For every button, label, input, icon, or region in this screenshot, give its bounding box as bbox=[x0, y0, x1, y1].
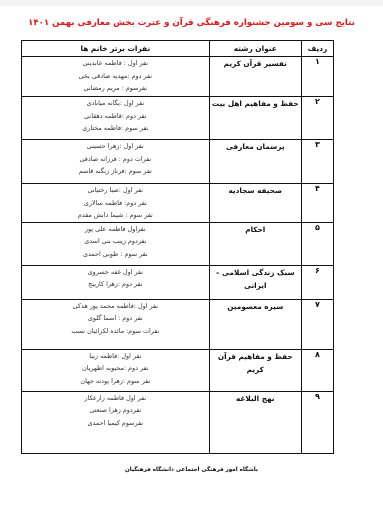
winner-second: نفر دوم :مهدیه صادقی بخی bbox=[22, 70, 209, 83]
field-title: حفظ و مفاهیم اهل بیت bbox=[209, 97, 301, 140]
field-title: حفظ و مفاهیم قرآن کریم bbox=[209, 349, 301, 391]
winners-cell: نفر اول غفه خسروی نفر دوم :زهرا کاریبج bbox=[22, 265, 210, 299]
table-row: ۳ پرسمان معارفی نفر اول :زهرا حسینی نفرا… bbox=[22, 140, 334, 184]
row-number: ۸ bbox=[301, 349, 333, 391]
winner-third: نفر سوم : شیما دانش مقدم bbox=[22, 209, 209, 222]
winners-cell: نفراول فاطمه علی پور نفردوم زینب بنی اسد… bbox=[22, 222, 210, 265]
winners-cell: نفر اول :صبا رختیانی نفر دوم: فاطمه سالا… bbox=[22, 184, 210, 223]
row-number: ۹ bbox=[301, 391, 333, 453]
field-title: نهج البلاغه bbox=[209, 391, 301, 453]
winner-third: نفرات سوم: مائده لکزائیان نسب bbox=[22, 325, 209, 338]
header-row-number: ردیف bbox=[301, 41, 333, 57]
winners-cell: نفر اول :یگانه میابادی نفر دوم :فاطمه ده… bbox=[22, 97, 210, 140]
winner-second: نفر دوم: فاطمه سالاری bbox=[22, 197, 209, 210]
table-row: ۴ صحیفه سجادیه نفر اول :صبا رختیانی نفر … bbox=[22, 184, 334, 223]
winner-first: نفر اول غفه خسروی bbox=[22, 266, 209, 279]
table-row: ۱ تفسیر قرآن کریم نفر اول : فاطمه عابدین… bbox=[22, 57, 334, 97]
table-row: ۲ حفظ و مفاهیم اهل بیت نفر اول :یگانه می… bbox=[22, 97, 334, 140]
table-row: ۸ حفظ و مفاهیم قرآن کریم نفر اول :فاطمه … bbox=[22, 349, 334, 391]
top-edge-shade bbox=[0, 0, 383, 6]
results-table: ردیف عنوان رشته نفرات برتر خانم ها ۱ تفس… bbox=[21, 40, 334, 454]
winner-first: نفراول فاطمه علی پور bbox=[22, 223, 209, 236]
header-winners: نفرات برتر خانم ها bbox=[22, 41, 210, 57]
winner-second: نفردوم زینب بنی اسدی bbox=[22, 235, 209, 248]
winner-second: نفر دوم :زهرا کاریبج bbox=[22, 278, 209, 291]
table-row: ۵ احکام نفراول فاطمه علی پور نفردوم زینب… bbox=[22, 222, 334, 265]
winners-cell: نفر اول فاطمه زارعکار نفردوم زهرا صنعتی … bbox=[22, 391, 210, 453]
winner-second: نفر دوم :فاطمه دهقانی bbox=[22, 110, 209, 123]
table-row: ۶ سبک زندگی اسلامی – ایرانی نفر اول غفه … bbox=[22, 265, 334, 299]
row-number: ۴ bbox=[301, 184, 333, 223]
row-number: ۷ bbox=[301, 299, 333, 349]
row-number: ۳ bbox=[301, 140, 333, 184]
row-number: ۵ bbox=[301, 222, 333, 265]
winner-second: نفرات دوم : فرزانه صادقی bbox=[22, 153, 209, 166]
winner-first: نفر اول :یگانه میابادی bbox=[22, 97, 209, 110]
winner-second: نفر دوم :محبوبه اطهریان bbox=[22, 362, 209, 375]
row-number: ۲ bbox=[301, 97, 333, 140]
winner-second: نفر دوم : اسما گلوی bbox=[22, 312, 209, 325]
winner-third: نفر سوم :زهرا پودنه جهان bbox=[22, 375, 209, 388]
winner-third: نفرسوم کیمیا احمدی bbox=[22, 417, 209, 430]
winners-cell: نفر اول : فاطمه عابدینی نفر دوم :مهدیه ص… bbox=[22, 57, 210, 97]
winner-third: نفرسوم : مریم رمضانی bbox=[22, 82, 209, 95]
field-title: سبک زندگی اسلامی – ایرانی bbox=[209, 265, 301, 299]
header-field: عنوان رشته bbox=[209, 41, 301, 57]
winner-first: نفر اول فاطمه زارعکار bbox=[22, 392, 209, 405]
field-title: صحیفه سجادیه bbox=[209, 184, 301, 223]
field-title: احکام bbox=[209, 222, 301, 265]
winner-first: نفر اول :فاطمه محمد پور هدکی bbox=[22, 300, 209, 313]
winner-first: نفر اول :صبا رختیانی bbox=[22, 184, 209, 197]
field-title: سیره معصومین bbox=[209, 299, 301, 349]
footer-organization: باشگاه امور فرهنگی اجتماعی دانشگاه فرهنگ… bbox=[0, 467, 383, 473]
table-row: ۷ سیره معصومین نفر اول :فاطمه محمد پور ه… bbox=[22, 299, 334, 349]
winner-third: نفر سوم :فاطمه مختاری bbox=[22, 122, 209, 135]
field-title: پرسمان معارفی bbox=[209, 140, 301, 184]
winner-first: نفر اول : فاطمه عابدینی bbox=[22, 57, 209, 70]
row-number: ۶ bbox=[301, 265, 333, 299]
winners-cell: نفر اول :فاطمه محمد پور هدکی نفر دوم : ا… bbox=[22, 299, 210, 349]
winners-cell: نفر اول :زهرا حسینی نفرات دوم : فرزانه ص… bbox=[22, 140, 210, 184]
table-header-row: ردیف عنوان رشته نفرات برتر خانم ها bbox=[22, 41, 334, 57]
field-title: تفسیر قرآن کریم bbox=[209, 57, 301, 97]
table-row: ۹ نهج البلاغه نفر اول فاطمه زارعکار نفرد… bbox=[22, 391, 334, 453]
document-title: نتایج سی و سومین جشنواره فرهنگی قرآن و ع… bbox=[0, 18, 383, 28]
winners-cell: نفر اول :فاطمه زیبا نفر دوم :محبوبه اطهر… bbox=[22, 349, 210, 391]
winner-first: نفر اول :فاطمه زیبا bbox=[22, 350, 209, 363]
winner-second: نفردوم زهرا صنعتی bbox=[22, 404, 209, 417]
row-number: ۱ bbox=[301, 57, 333, 97]
winner-third: نفر سوم : طوبی احمدی bbox=[22, 248, 209, 261]
winner-third: نفر سوم :فرناز زنگنه قاسم bbox=[22, 165, 209, 178]
winner-first: نفر اول :زهرا حسینی bbox=[22, 140, 209, 153]
